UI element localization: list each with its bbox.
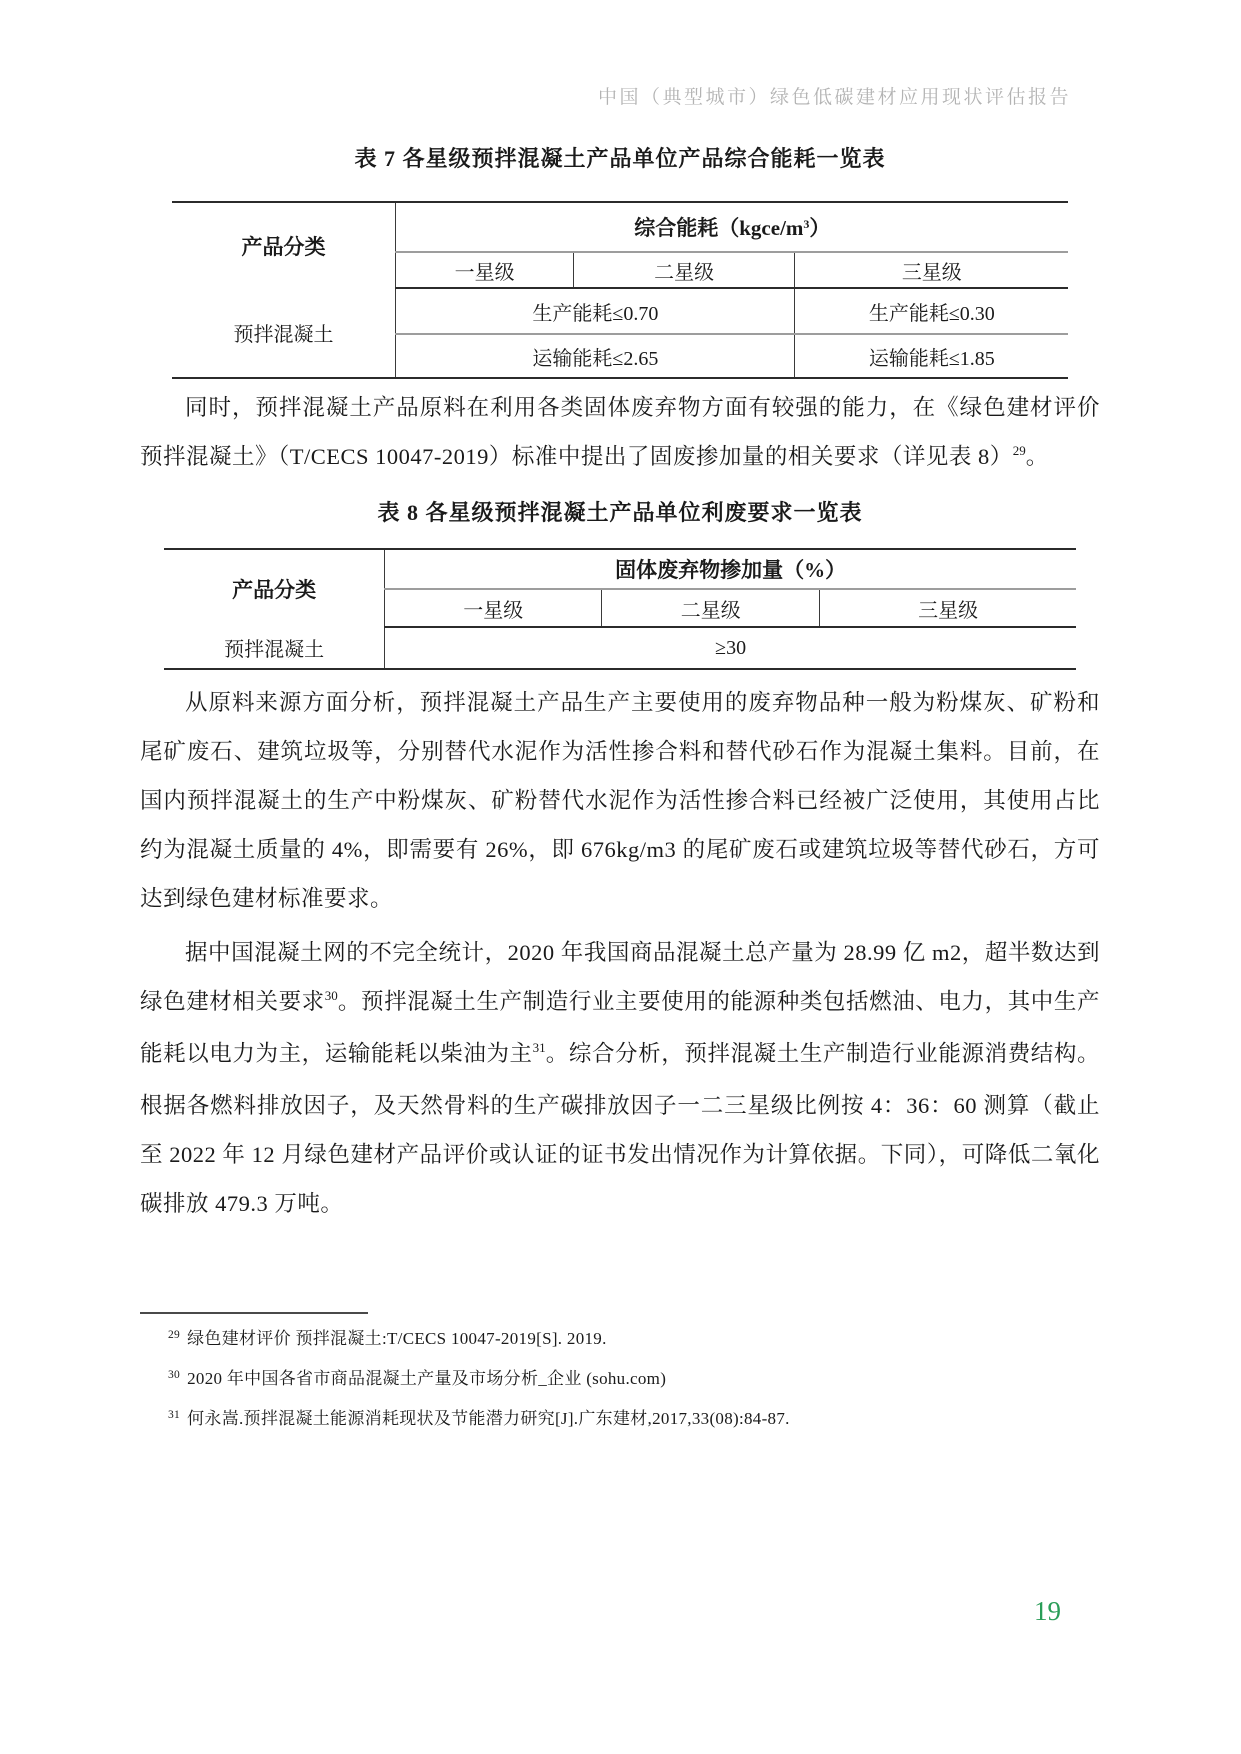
paragraph-1: 同时，预拌混凝土产品原料在利用各类固体废弃物方面有较强的能力，在《绿色建材评价 … bbox=[140, 383, 1100, 484]
paragraph-2-text: 从原料来源方面分析，预拌混凝土产品生产主要使用的废弃物品种一般为粉煤灰、矿粉和尾… bbox=[140, 690, 1100, 911]
paragraph-2: 从原料来源方面分析，预拌混凝土产品生产主要使用的废弃物品种一般为粉煤灰、矿粉和尾… bbox=[140, 678, 1100, 923]
page-number: 19 bbox=[1034, 1596, 1061, 1627]
footnote-30: 302020 年中国各省市商品混凝土产量及市场分析_企业 (sohu.com) bbox=[168, 1360, 1100, 1400]
footnote-31-number: 31 bbox=[168, 1409, 180, 1421]
table8-star2-header: 二星级 bbox=[602, 589, 820, 627]
footnotes-section: 29绿色建材评价 预拌混凝土:T/CECS 10047-2019[S]. 201… bbox=[140, 1312, 1100, 1440]
footnote-31-text: 何永嵩.预拌混凝土能源消耗现状及节能潜力研究[J].广东建材,2017,33(0… bbox=[187, 1409, 790, 1428]
footnote-ref-30: 30 bbox=[325, 988, 338, 1003]
table7-transport-3star-cell: 运输能耗≤1.85 bbox=[795, 334, 1068, 378]
footnote-ref-31: 31 bbox=[533, 1040, 546, 1055]
table7-production-1-2star-cell: 生产能耗≤0.70 bbox=[396, 288, 795, 334]
table8-value-cell: ≥30 bbox=[385, 627, 1076, 669]
table8-star3-header: 三星级 bbox=[820, 589, 1076, 627]
table7-unit-suffix: ） bbox=[809, 216, 830, 240]
table8-waste-header: 固体废弃物掺加量（%） bbox=[385, 549, 1076, 589]
table7-star1-header: 一星级 bbox=[396, 252, 574, 288]
footnote-separator-rule bbox=[140, 1312, 368, 1314]
table7-energy-consumption: 产品分类 综合能耗（kgce/m3） 一星级 二星级 三星级 预拌混凝土 生产能… bbox=[172, 201, 1069, 379]
table7-product-cell: 预拌混凝土 bbox=[172, 288, 396, 378]
page-content: 表 7 各星级预拌混凝土产品单位产品综合能耗一览表 产品分类 综合能耗（kgce… bbox=[140, 0, 1100, 1440]
table7-caption: 表 7 各星级预拌混凝土产品单位产品综合能耗一览表 bbox=[140, 143, 1100, 175]
footnote-31: 31何永嵩.预拌混凝土能源消耗现状及节能潜力研究[J].广东建材,2017,33… bbox=[168, 1400, 1100, 1440]
table7-unit-superscript: 3 bbox=[803, 217, 809, 231]
paragraph-1-text: 同时，预拌混凝土产品原料在利用各类固体废弃物方面有较强的能力，在《绿色建材评价 … bbox=[140, 395, 1100, 469]
footnote-30-text: 2020 年中国各省市商品混凝土产量及市场分析_企业 (sohu.com) bbox=[187, 1369, 666, 1388]
footnote-29-text: 绿色建材评价 预拌混凝土:T/CECS 10047-2019[S]. 2019. bbox=[187, 1329, 607, 1348]
paragraph-3-text-c: 。综合分析，预拌混凝土生产制造行业能源消费结构。根据各燃料排放因子，及天然骨料的… bbox=[140, 1041, 1100, 1216]
paragraph-3: 据中国混凝土网的不完全统计，2020 年我国商品混凝土总产量为 28.99 亿 … bbox=[140, 928, 1100, 1228]
footnote-29: 29绿色建材评价 预拌混凝土:T/CECS 10047-2019[S]. 201… bbox=[168, 1320, 1100, 1360]
footnote-ref-29: 29 bbox=[1013, 443, 1026, 458]
table8-product-cell: 预拌混凝土 bbox=[164, 627, 385, 669]
footnote-30-number: 30 bbox=[168, 1369, 180, 1381]
table8-caption: 表 8 各星级预拌混凝土产品单位利废要求一览表 bbox=[140, 497, 1100, 529]
table7-production-3star-cell: 生产能耗≤0.30 bbox=[795, 288, 1068, 334]
table7-star2-header: 二星级 bbox=[573, 252, 794, 288]
table8-star1-header: 一星级 bbox=[385, 589, 602, 627]
table7-unit-prefix: 综合能耗（kgce/m bbox=[634, 216, 803, 240]
table8-col-product-header: 产品分类 bbox=[164, 549, 385, 627]
paragraph-1-end: 。 bbox=[1026, 444, 1049, 469]
table8-solid-waste: 产品分类 固体废弃物掺加量（%） 一星级 二星级 三星级 预拌混凝土 ≥30 bbox=[164, 548, 1076, 670]
table7-star3-header: 三星级 bbox=[795, 252, 1068, 288]
table7-energy-unit-header: 综合能耗（kgce/m3） bbox=[396, 202, 1068, 252]
document-page: 中国（典型城市）绿色低碳建材应用现状评估报告 表 7 各星级预拌混凝土产品单位产… bbox=[0, 0, 1241, 1754]
table7-transport-1-2star-cell: 运输能耗≤2.65 bbox=[396, 334, 795, 378]
footnote-29-number: 29 bbox=[168, 1329, 180, 1341]
table7-col-product-header: 产品分类 bbox=[172, 202, 396, 288]
footnote-list: 29绿色建材评价 预拌混凝土:T/CECS 10047-2019[S]. 201… bbox=[168, 1320, 1100, 1440]
